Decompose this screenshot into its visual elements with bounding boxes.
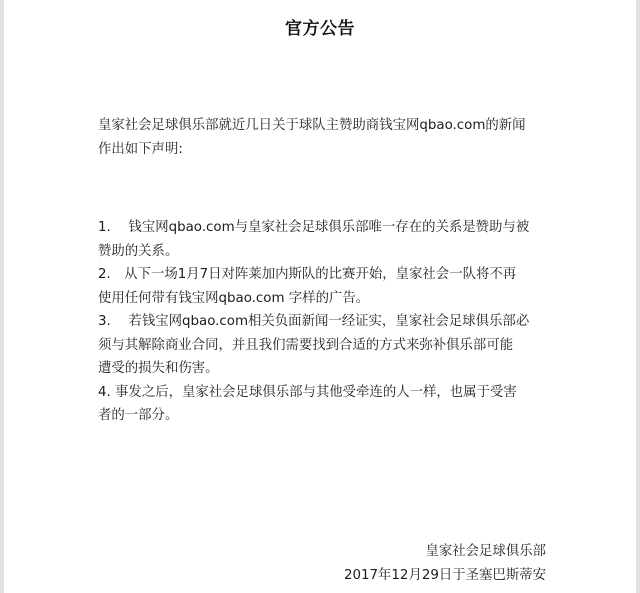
list-item-2-line: 2. 从下一场1月7日对阵莱加内斯队的比赛开始，皇家社会一队将不再 — [98, 263, 558, 287]
list-item-3-line: 3. 若钱宝网qbao.com相关负面新闻一经证实，皇家社会足球俱乐部必 — [98, 310, 558, 334]
list-item-3-line: 须与其解除商业合同，并且我们需要找到合适的方式来弥补俱乐部可能 — [98, 334, 558, 358]
list-item-1-line: 赞助的关系。 — [98, 240, 558, 264]
page-title: 官方公告 — [4, 14, 636, 39]
list-item-4-line: 4. 事发之后，皇家社会足球俱乐部与其他受牵连的人一样，也属于受害 — [98, 381, 558, 405]
list-item-2-line: 使用任何带有钱宝网qbao.com 字样的广告。 — [98, 287, 558, 311]
intro-paragraph: 皇家社会足球俱乐部就近几日关于球队主赞助商钱宝网qbao.com的新闻 作出如下… — [98, 114, 558, 161]
signature-date-place: 2017年12月29日于圣塞巴斯蒂安 — [344, 564, 546, 588]
intro-line: 皇家社会足球俱乐部就近几日关于球队主赞助商钱宝网qbao.com的新闻 — [98, 114, 558, 138]
announcement-page: 官方公告 皇家社会足球俱乐部就近几日关于球队主赞助商钱宝网qbao.com的新闻… — [4, 0, 636, 593]
list-item-3-line: 遭受的损失和伤害。 — [98, 357, 558, 381]
intro-line: 作出如下声明: — [98, 138, 558, 162]
list-item-1-line: 1. 钱宝网qbao.com与皇家社会足球俱乐部唯一存在的关系是赞助与被 — [98, 216, 558, 240]
signature-organization: 皇家社会足球俱乐部 — [425, 540, 546, 564]
statement-list: 1. 钱宝网qbao.com与皇家社会足球俱乐部唯一存在的关系是赞助与被 赞助的… — [98, 216, 558, 428]
list-item-4-line: 者的一部分。 — [98, 404, 558, 428]
